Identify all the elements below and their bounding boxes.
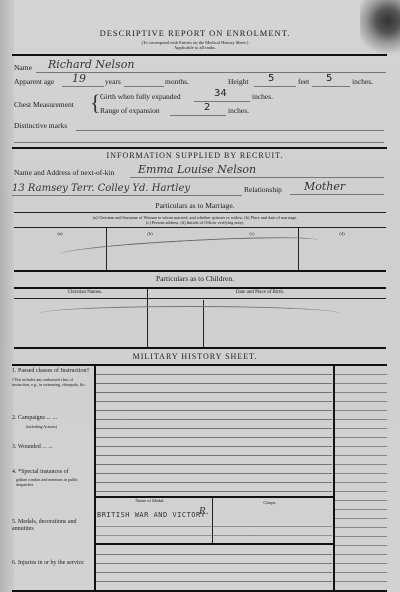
height-feet-value[interactable]: 5: [268, 73, 274, 84]
marriage-col-b: (b): [130, 231, 170, 236]
nok-label: Name and Address of next-of-kin: [14, 168, 114, 177]
range-value[interactable]: 2: [204, 102, 210, 113]
section-num: 5.: [12, 519, 17, 525]
months-label: months.: [165, 77, 189, 86]
height-inches-value[interactable]: 5: [326, 73, 332, 84]
paper-edge-shadow: [0, 0, 14, 592]
children-title: Particulars as to Children.: [120, 274, 270, 283]
divider: [14, 347, 386, 349]
section-label: Injuries in or by the service: [18, 560, 84, 566]
inches-line: [312, 86, 350, 87]
section-num: 3.: [12, 444, 17, 450]
section-num: 4.: [12, 469, 17, 475]
section-label: Campaigns ... ...: [18, 415, 57, 421]
inches-label: inches.: [352, 77, 373, 86]
ruled-lines-medal: [96, 518, 332, 542]
distinctive-marks-line: [76, 130, 384, 131]
ink-stain: [360, 0, 400, 60]
cancellation-stroke: [40, 306, 340, 321]
divider: [14, 270, 386, 272]
distinctive-marks-line-2: [14, 142, 384, 143]
chest-label: Chest Measurement: [14, 100, 74, 109]
age-label: Apparent age: [14, 77, 54, 86]
nok-address-value[interactable]: 13 Ramsey Terr. Colley Yd. Hartley: [12, 183, 190, 194]
range-unit: inches.: [228, 106, 249, 115]
section-medals: 5. Medals, decorations and annuities: [12, 519, 92, 533]
nok-name-line: [130, 177, 384, 178]
section-label: Wounded ... ...: [18, 444, 53, 450]
children-col-names: Christian Names.: [30, 290, 140, 295]
section-num: 1.: [12, 368, 17, 374]
children-col-birth: Date and Place of Birth.: [180, 290, 340, 295]
medal-clasps-header: Clasps.: [240, 500, 300, 505]
divider: [12, 147, 387, 149]
section-wounded: 3. Wounded ... ...: [12, 444, 92, 451]
range-line: [170, 115, 226, 116]
recruit-info-title: INFORMATION SUPPLIED BY RECRUIT.: [80, 151, 310, 160]
medal-box-bottom: [94, 543, 334, 545]
relationship-label: Relationship: [244, 185, 282, 194]
divider: [12, 54, 387, 56]
military-history-title: MILITARY HISTORY SHEET.: [100, 352, 290, 361]
ruled-lines-main: [96, 366, 332, 493]
marriage-col-a: (a): [40, 231, 80, 236]
name-label: Name: [14, 63, 32, 72]
years-label: years: [105, 77, 121, 86]
height-label: Height: [228, 77, 248, 86]
divider: [14, 212, 386, 213]
document-subtitle-2: Applicable to all ranks.: [100, 45, 290, 50]
feet-label: feet: [298, 77, 309, 86]
nok-name-value[interactable]: Emma Louise Nelson: [138, 163, 256, 176]
section-label: *Special instances of: [18, 469, 69, 475]
section-note: gallant conduct and mentions in public d…: [12, 477, 92, 487]
medal-name-header: Name of Medal.: [110, 498, 190, 503]
section-campaigns: 2. Campaigns ... ... (including Actions): [12, 415, 92, 429]
distinctive-marks-label: Distinctive marks: [14, 121, 67, 130]
marriage-title: Particulars as to Marriage.: [120, 201, 270, 210]
girth-unit: inches.: [252, 92, 273, 101]
divider: [14, 287, 386, 289]
ruled-lines-injuries: [96, 546, 332, 590]
section-num: 2.: [12, 415, 17, 421]
name-line: [36, 72, 386, 73]
marriage-note-2: (c) Present address. (d) Initials of Off…: [30, 220, 360, 225]
section-label: Medals, decorations and annuities: [12, 519, 76, 532]
girth-line: [194, 101, 250, 102]
chest-brace: {: [90, 92, 101, 114]
relationship-line: [290, 194, 384, 195]
marriage-col-d: (d): [322, 231, 362, 236]
section-note: †This includes any authorised class of i…: [12, 377, 92, 387]
cancellation-stroke: [60, 233, 320, 262]
section-injuries: 6. Injuries in or by the service: [12, 560, 92, 567]
age-line: [62, 86, 104, 87]
section-label: Passed classes of Instruction†: [18, 368, 90, 374]
ruled-lines-right: [335, 366, 387, 591]
age-years-value[interactable]: 19: [72, 72, 86, 85]
relationship-value[interactable]: Mother: [304, 180, 345, 193]
divider: [14, 227, 386, 228]
section-note: (including Actions): [12, 424, 92, 429]
medal-initial: R.: [199, 507, 209, 517]
document-title: DESCRIPTIVE REPORT ON ENROLMENT.: [60, 28, 330, 38]
girth-value[interactable]: 34: [214, 88, 227, 99]
nok-address-line: [12, 195, 242, 196]
name-value[interactable]: Richard Nelson: [48, 58, 134, 71]
girth-label: Girth when fully expanded: [100, 92, 181, 101]
enrolment-document: DESCRIPTIVE REPORT ON ENROLMENT. (To cor…: [0, 0, 400, 592]
divider: [14, 298, 386, 299]
section-special-instances: 4. *Special instances of gallant conduct…: [12, 469, 92, 487]
feet-line: [254, 86, 296, 87]
marriage-col-c: (c): [232, 231, 272, 236]
section-num: 6.: [12, 560, 17, 566]
section-instruction: 1. Passed classes of Instruction† †This …: [12, 368, 92, 387]
range-label: Range of expansion: [100, 106, 160, 115]
months-line: [124, 86, 164, 87]
